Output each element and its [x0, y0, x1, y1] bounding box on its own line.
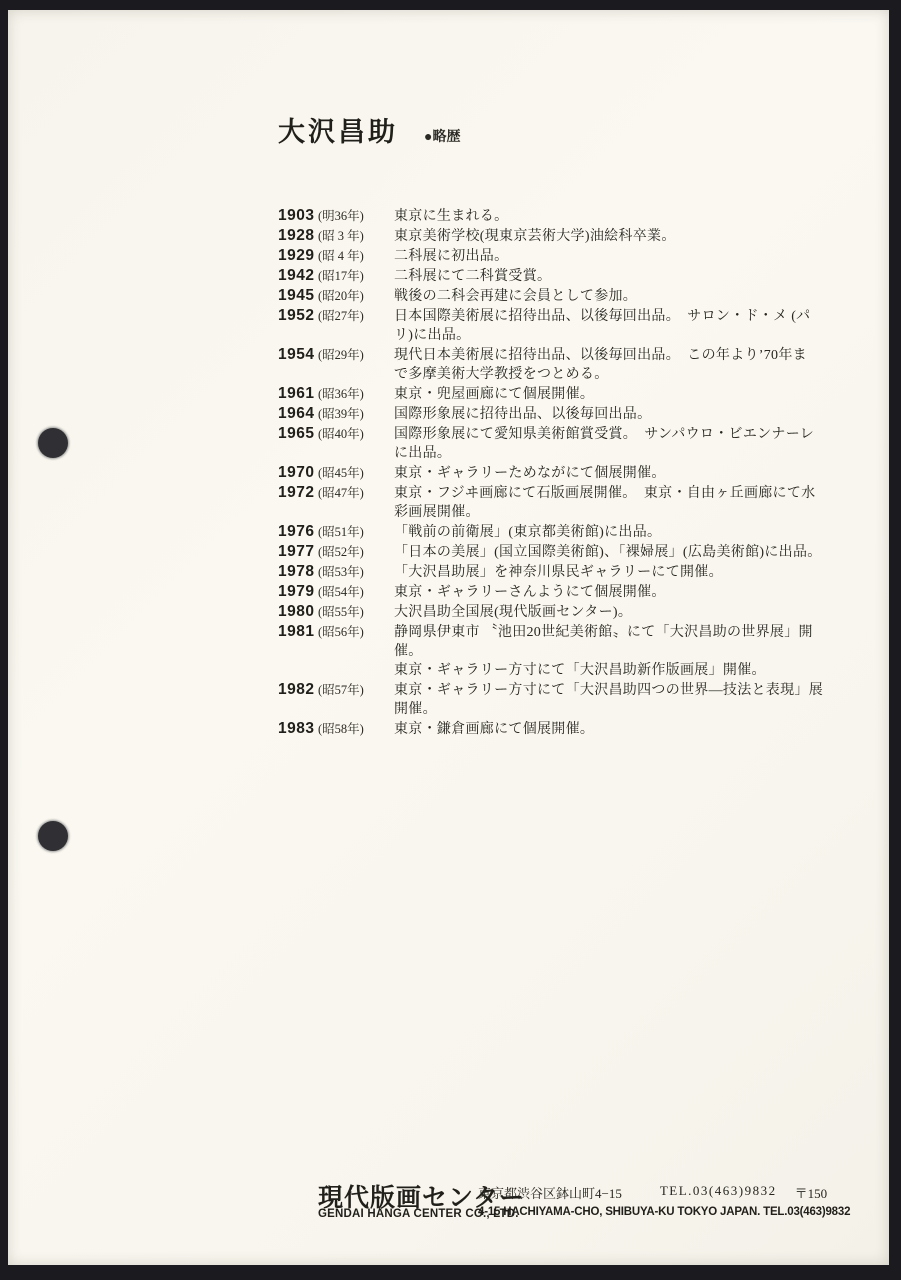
entry-text: 東京・ギャラリー方寸にて「大沢昌助四つの世界―技法と表現」展 開催。: [394, 681, 826, 719]
chronology-entry: 1942(昭17年)二科展にて二科賞受賞。: [278, 266, 826, 286]
entry-text: 大沢昌助全国展(現代版画センター)。: [394, 603, 826, 622]
entry-text: 東京・ギャラリーさんようにて個展開催。: [394, 583, 826, 602]
entry-era: (昭45年): [318, 464, 394, 483]
entry-year: 1964: [278, 404, 318, 423]
entry-era: (昭52年): [318, 543, 394, 562]
entry-year: 1965: [278, 424, 318, 443]
chronology-entry: 1980(昭55年)大沢昌助全国展(現代版画センター)。: [278, 602, 826, 622]
entry-era: (昭29年): [318, 346, 394, 365]
entry-text: 東京美術学校(現東京芸術大学)油絵科卒業。: [394, 227, 826, 246]
entry-text: 東京・鎌倉画廊にて個展開催。: [394, 720, 826, 739]
entry-year: 1952: [278, 306, 318, 325]
entry-era: (昭20年): [318, 287, 394, 306]
entry-text: 「大沢昌助展」を神奈川県民ギャラリーにて開催。: [394, 563, 826, 582]
chronology-entry: 1979(昭54年)東京・ギャラリーさんようにて個展開催。: [278, 582, 826, 602]
entry-era: (昭 4 年): [318, 247, 394, 266]
chronology-entry: 1945(昭20年)戦後の二科会再建に会員として参加。: [278, 286, 826, 306]
entry-year: 1929: [278, 246, 318, 265]
chronology-list: 1903(明36年)東京に生まれる。1928(昭 3 年)東京美術学校(現東京芸…: [278, 206, 826, 739]
entry-year: 1981: [278, 622, 318, 641]
entry-text: 「日本の美展」(国立国際美術館)、「裸婦展」(広島美術館)に出品。: [394, 543, 826, 562]
punch-hole-top: [38, 428, 68, 458]
chronology-entry: 1952(昭27年)日本国際美術展に招待出品、以後毎回出品。 サロン・ド・メ (…: [278, 306, 826, 345]
entry-era: (昭47年): [318, 484, 394, 503]
chronology-entry: 1961(昭36年)東京・兜屋画廊にて個展開催。: [278, 384, 826, 404]
entry-text: 現代日本美術展に招待出品、以後毎回出品。 この年より’70年ま で多摩美術大学教…: [394, 346, 826, 384]
entry-era: (昭39年): [318, 405, 394, 424]
title-row: 大沢昌助 ●略歴: [278, 110, 460, 149]
chronology-entry: 1972(昭47年)東京・フジヰ画廊にて石版画展開催。 東京・自由ヶ丘画廊にて水…: [278, 483, 826, 522]
phone-jp: TEL.03(463)9832: [660, 1183, 777, 1202]
entry-year: 1970: [278, 463, 318, 482]
entry-year: 1945: [278, 286, 318, 305]
entry-text: 東京・兜屋画廊にて個展開催。: [394, 385, 826, 404]
entry-text: 静岡県伊東市 〝池田20世紀美術館〟にて「大沢昌助の世界展」開催。 東京・ギャラ…: [394, 623, 826, 680]
entry-year: 1980: [278, 602, 318, 621]
address-line-jp: 東京都渋谷区鉢山町4−15 TEL.03(463)9832 〒150: [478, 1183, 827, 1202]
entry-era: (昭40年): [318, 425, 394, 444]
entry-era: (昭36年): [318, 385, 394, 404]
entry-era: (昭51年): [318, 523, 394, 542]
chronology-entry: 1929(昭 4 年)二科展に初出品。: [278, 246, 826, 266]
entry-text: 日本国際美術展に招待出品、以後毎回出品。 サロン・ド・メ (パ リ)に出品。: [394, 307, 826, 345]
entry-year: 1954: [278, 345, 318, 364]
entry-year: 1983: [278, 719, 318, 738]
entry-year: 1903: [278, 206, 318, 225]
chronology-entry: 1970(昭45年)東京・ギャラリーためながにて個展開催。: [278, 463, 826, 483]
entry-era: (昭 3 年): [318, 227, 394, 246]
entry-text: 二科展に初出品。: [394, 247, 826, 266]
chronology-entry: 1983(昭58年)東京・鎌倉画廊にて個展開催。: [278, 719, 826, 739]
entry-year: 1978: [278, 562, 318, 581]
entry-text: 国際形象展にて愛知県美術館賞受賞。 サンパウロ・ビエンナーレ に出品。: [394, 425, 826, 463]
entry-text: 国際形象展に招待出品、以後毎回出品。: [394, 405, 826, 424]
chronology-entry: 1982(昭57年)東京・ギャラリー方寸にて「大沢昌助四つの世界―技法と表現」展…: [278, 680, 826, 719]
chronology-entry: 1964(昭39年)国際形象展に招待出品、以後毎回出品。: [278, 404, 826, 424]
page-title: 大沢昌助: [278, 110, 398, 149]
entry-era: (昭55年): [318, 603, 394, 622]
spacer: [622, 1183, 660, 1202]
postal-code: 〒150: [795, 1183, 828, 1202]
chronology-entry: 1954(昭29年)現代日本美術展に招待出品、以後毎回出品。 この年より’70年…: [278, 345, 826, 384]
entry-era: (昭57年): [318, 681, 394, 700]
entry-year: 1942: [278, 266, 318, 285]
chronology-entry: 1903(明36年)東京に生まれる。: [278, 206, 826, 226]
entry-era: (昭58年): [318, 720, 394, 739]
entry-year: 1977: [278, 542, 318, 561]
chronology-entry: 1976(昭51年)「戦前の前衛展」(東京都美術館)に出品。: [278, 522, 826, 542]
entry-year: 1979: [278, 582, 318, 601]
chronology-entry: 1978(昭53年)「大沢昌助展」を神奈川県民ギャラリーにて開催。: [278, 562, 826, 582]
entry-era: (昭53年): [318, 563, 394, 582]
page-subtitle: ●略歴: [424, 126, 460, 146]
chronology-entry: 1965(昭40年)国際形象展にて愛知県美術館賞受賞。 サンパウロ・ビエンナーレ…: [278, 424, 826, 463]
entry-era: (明36年): [318, 207, 394, 226]
scanned-document: { "header": { "title": "大沢昌助", "subtitle…: [0, 0, 901, 1280]
entry-era: (昭54年): [318, 583, 394, 602]
address-jp: 東京都渋谷区鉢山町4−15: [478, 1183, 622, 1202]
entry-text: 東京に生まれる。: [394, 207, 826, 226]
entry-era: (昭27年): [318, 307, 394, 326]
entry-era: (昭17年): [318, 267, 394, 286]
address-line-en: 4-15 HACHIYAMA-CHO, SHIBUYA-KU TOKYO JAP…: [478, 1206, 850, 1218]
entry-text: 東京・フジヰ画廊にて石版画展開催。 東京・自由ヶ丘画廊にて水 彩画展開催。: [394, 484, 826, 522]
punch-hole-bottom: [38, 821, 68, 851]
chronology-entry: 1928(昭 3 年)東京美術学校(現東京芸術大学)油絵科卒業。: [278, 226, 826, 246]
chronology-entry: 1977(昭52年)「日本の美展」(国立国際美術館)、「裸婦展」(広島美術館)に…: [278, 542, 826, 562]
entry-text: 「戦前の前衛展」(東京都美術館)に出品。: [394, 523, 826, 542]
spacer: [777, 1183, 795, 1202]
entry-text: 二科展にて二科賞受賞。: [394, 267, 826, 286]
entry-year: 1928: [278, 226, 318, 245]
chronology-entry: 1981(昭56年)静岡県伊東市 〝池田20世紀美術館〟にて「大沢昌助の世界展」…: [278, 622, 826, 680]
entry-text: 東京・ギャラリーためながにて個展開催。: [394, 464, 826, 483]
entry-era: (昭56年): [318, 623, 394, 642]
document-page: 大沢昌助 ●略歴 1903(明36年)東京に生まれる。1928(昭 3 年)東京…: [8, 10, 889, 1265]
entry-year: 1982: [278, 680, 318, 699]
entry-text: 戦後の二科会再建に会員として参加。: [394, 287, 826, 306]
entry-year: 1976: [278, 522, 318, 541]
entry-year: 1961: [278, 384, 318, 403]
entry-year: 1972: [278, 483, 318, 502]
